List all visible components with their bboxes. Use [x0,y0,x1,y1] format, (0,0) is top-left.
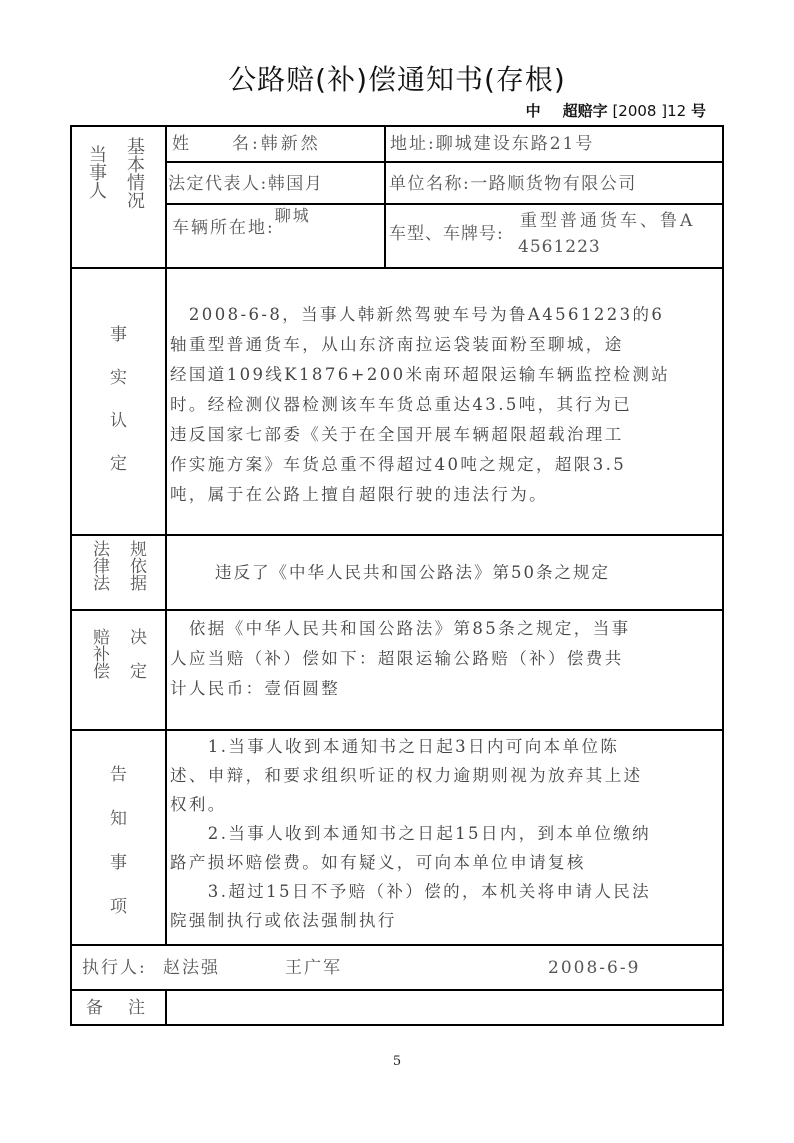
facts-line: 经国道109线K1876+200米南环超限运输车辆监控检测站 [170,360,722,390]
facts-label-char: 实 [72,363,165,406]
legal-rep-value: 韩国月 [268,174,324,194]
notice-line: 路产损坏赔偿费。如有疑义，可向本单位申请复核 [170,848,722,877]
notice-label-char: 项 [72,892,165,936]
doc-number-word: 超赔字 [563,102,608,120]
legal-rep-label: 法定代表人: [168,174,268,194]
address-field: 地址:聊城建设东路21号 [390,134,594,154]
decision-text: 依据《中华人民共和国公路法》第85条之规定，当事 人应当赔（补）偿如下：超限运输… [170,614,722,704]
section-line-executor [70,944,724,946]
address-value: 聊城建设东路21号 [436,134,595,154]
column-divider-remarks [165,990,167,1025]
vehicle-location-label: 车辆所在地: [172,218,275,238]
vehicle-type-line1: 重型普通货车、鲁A [520,211,695,231]
executor-name-1: 赵法强 [163,958,220,978]
notice-line: 3.超过15日不予赔（补）偿的，本机关将申请人民法 [170,877,722,906]
section-line-remarks [70,989,724,991]
facts-line: 时。经检测仪器检测该车车货总重达43.5吨，其行为已 [170,390,722,420]
remarks-label: 备 注 [86,998,149,1018]
legal-basis-label: 法律法 规依据 [72,538,165,608]
notice-line: 1.当事人收到本通知书之日起3日内可向本单位陈 [170,732,722,761]
address-label: 地址: [390,134,436,154]
party-row-line-2 [165,203,724,205]
notice-label-char: 事 [72,848,165,892]
name-value: 韩新然 [261,134,321,154]
facts-label-char: 定 [72,449,165,492]
legal-basis-label-left: 法律法 [90,540,108,591]
page-number: 5 [0,1054,794,1069]
decision-label: 赔补偿 决 定 [72,628,165,708]
table-border-right [722,125,724,1026]
facts-text: 2008-6-8，当事人韩新然驾驶车号为鲁A4561223的6 轴重型普通货车，… [170,300,722,510]
executor-date: 2008-6-9 [548,958,640,978]
company-field: 单位名称:一路顺货物有限公司 [389,174,637,194]
party-column-divider [384,125,386,269]
section-line-legal [70,534,724,536]
table-border-bottom [70,1024,724,1026]
doc-number-suffix: 号 [691,102,706,120]
table-border-top [70,125,724,127]
decision-line: 人应当赔（补）偿如下：超限运输公路赔（补）偿费共 [170,644,722,674]
facts-line: 吨，属于在公路上擅自超限行驶的违法行为。 [170,480,722,510]
notice-line: 2.当事人收到本通知书之日起15日内，到本单位缴纳 [170,819,722,848]
party-label: 当事人 基本情况 [72,135,165,265]
doc-number-num: 12 [667,102,686,120]
notice-text: 1.当事人收到本通知书之日起3日内可向本单位陈 述、申辩，和要求组织听证的权力逾… [170,732,722,935]
section-line-facts [70,267,724,269]
notice-label: 告 知 事 项 [72,760,165,936]
facts-line: 2008-6-8，当事人韩新然驾驶车号为鲁A4561223的6 [170,300,722,330]
facts-label-char: 事 [72,320,165,363]
name-label: 姓 名: [172,134,261,154]
notice-label-char: 告 [72,760,165,804]
party-label-right: 基本情况 [124,137,144,209]
executor-label: 执行人: [82,958,147,978]
legal-basis-text: 违反了《中华人民共和国公路法》第50条之规定 [215,558,610,588]
doc-number-prefix: 中 [526,102,541,120]
decision-line: 计人民币：壹佰圆整 [170,674,722,704]
company-value: 一路顺货物有限公司 [470,174,637,194]
legal-rep-field: 法定代表人:韩国月 [168,174,323,194]
company-label: 单位名称: [389,174,470,194]
document-number: 中超赔字 [2008 ]12 号 [526,100,706,121]
decision-label-right: 决 定 [127,628,145,679]
name-field: 姓 名:韩新然 [172,134,321,154]
vehicle-location-value: 聊城 [275,206,311,225]
executor-name-2: 王广军 [285,958,342,978]
facts-line: 违反国家七部委《关于在全国开展车辆超限超载治理工 [170,420,722,450]
vehicle-type-label: 车型、车牌号: [389,224,504,244]
vehicle-location-field: 车辆所在地:聊城 [172,218,311,238]
section-line-decision [70,609,724,611]
notice-line: 院强制执行或依法强制执行 [170,906,722,935]
vehicle-type-line2: 4561223 [518,237,601,257]
notice-line: 述、申辩，和要求组织听证的权力逾期则视为放弃其上述 [170,761,722,790]
doc-number-year: [2008 ] [612,102,667,120]
decision-label-left: 赔补偿 [90,628,108,679]
facts-label: 事 实 认 定 [72,320,165,492]
section-line-notice [70,729,724,731]
legal-basis-label-right: 规依据 [127,540,145,591]
facts-label-char: 认 [72,406,165,449]
notice-line: 权利。 [170,790,722,819]
facts-line: 作实施方案》车货总重不得超过40吨之规定，超限3.5 [170,450,722,480]
party-label-left: 当事人 [86,145,106,199]
notice-label-char: 知 [72,804,165,848]
decision-line: 依据《中华人民共和国公路法》第85条之规定，当事 [170,614,722,644]
party-row-line-1 [165,161,724,163]
document-title: 公路赔(补)偿通知书(存根) [0,58,794,98]
facts-line: 轴重型普通货车，从山东济南拉运袋装面粉至聊城，途 [170,330,722,360]
